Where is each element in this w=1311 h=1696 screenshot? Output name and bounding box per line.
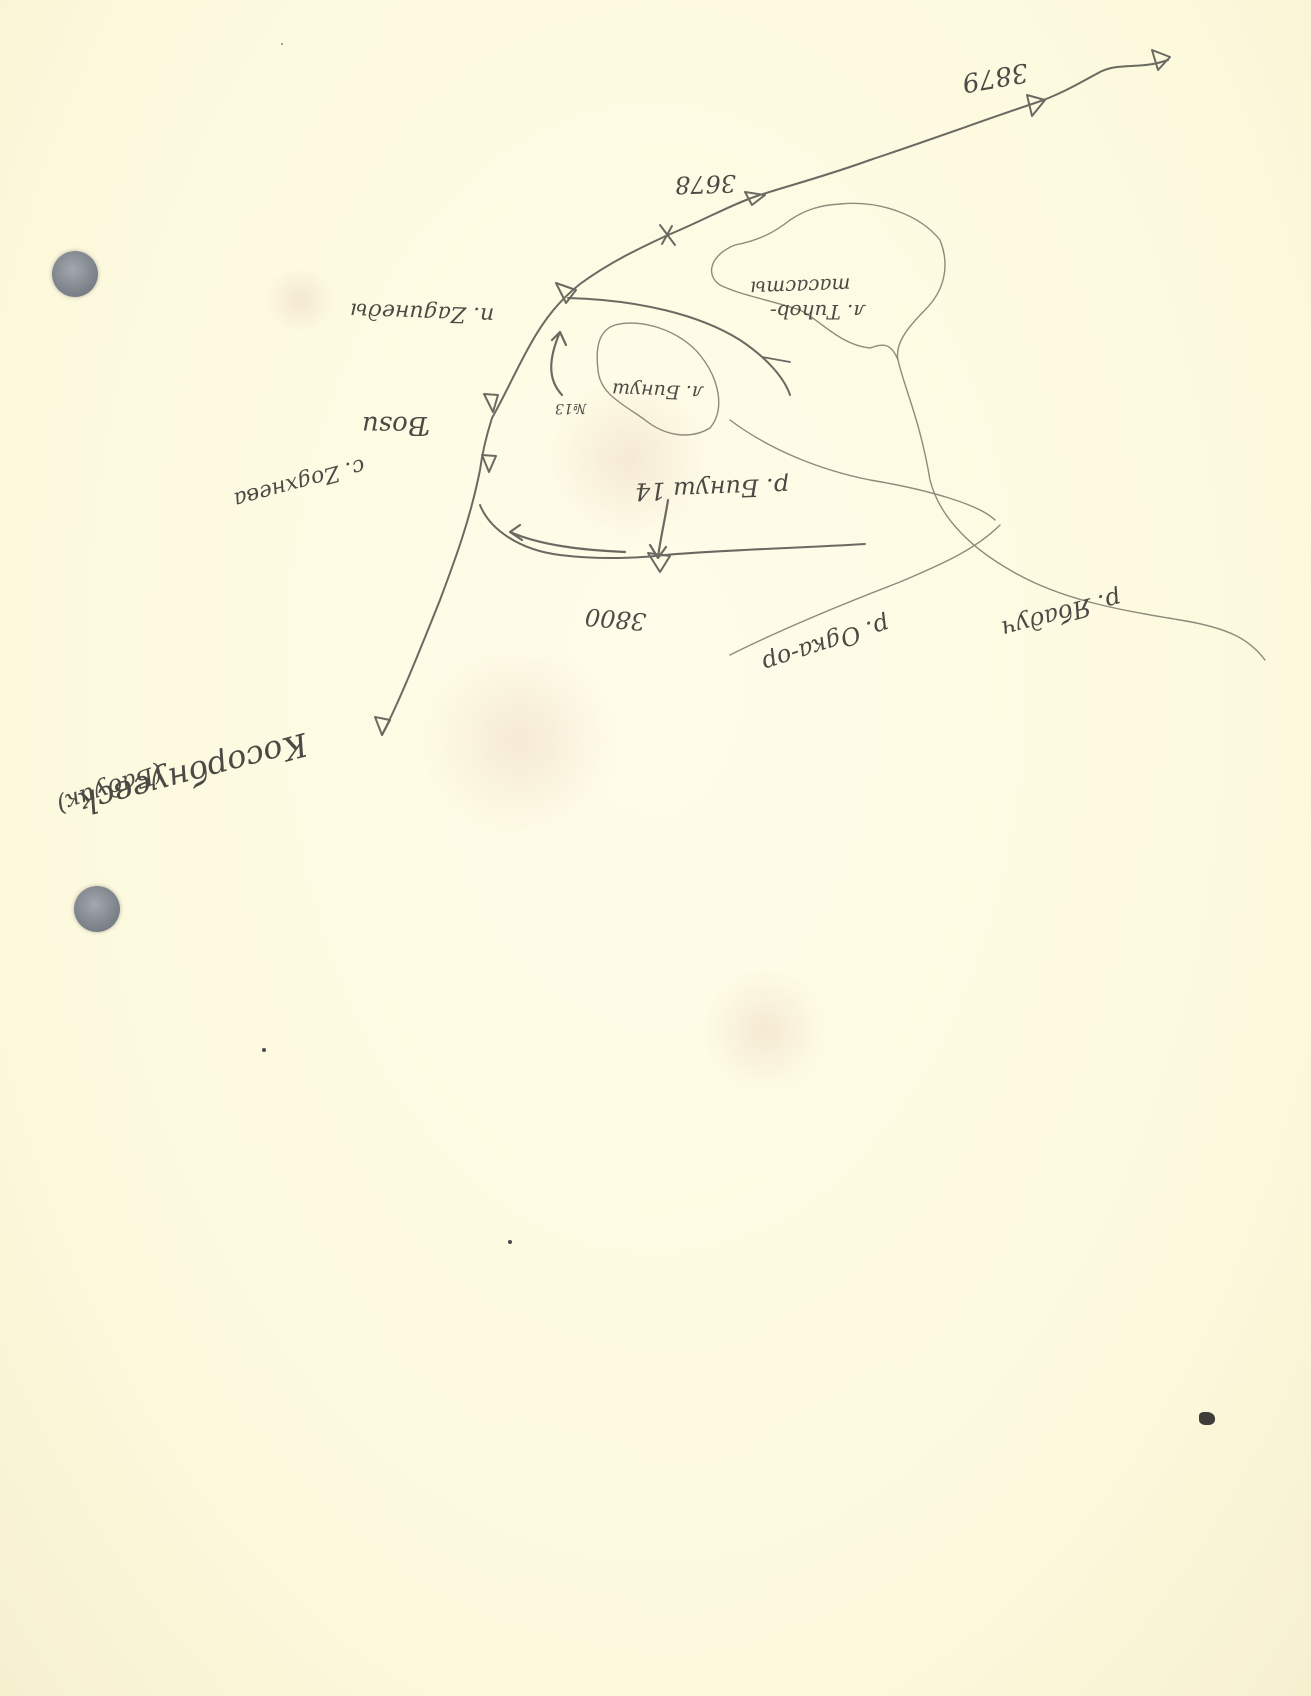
peak-elevation-3678: 3678 <box>675 169 737 199</box>
triangle-icon <box>1027 95 1045 116</box>
route-arrow-up <box>551 332 566 395</box>
route-arrow-down <box>650 500 668 558</box>
valley-route-south <box>480 505 865 558</box>
sketch-map-drawing <box>0 0 1311 1696</box>
camp-cross-icon <box>660 225 675 245</box>
scanned-sketch-page: 3879 3678 л. Тuhob- тасасты п. Zаgинеды … <box>0 0 1311 1696</box>
lake-label: л. Бинуш <box>612 378 705 403</box>
triangle-icon <box>556 283 576 303</box>
river-line <box>730 420 995 520</box>
triangle-icon <box>1152 50 1170 70</box>
pass-label: п. Zаgинеды <box>350 297 495 327</box>
triangle-icon <box>745 192 765 205</box>
lake-number: №13 <box>555 400 586 416</box>
glacier-label: л. Тuhob- <box>770 300 866 324</box>
triangle-markers <box>375 50 1170 735</box>
glacier-label-line2: тасасты <box>750 273 851 300</box>
peak-elevation-3800: 3800 <box>584 602 647 635</box>
triangle-icon <box>375 717 390 735</box>
triangle-icon <box>482 455 496 472</box>
river-binush-label: р. Бинуш 14 <box>635 472 790 505</box>
forest-label: Ɓosu <box>362 410 427 440</box>
